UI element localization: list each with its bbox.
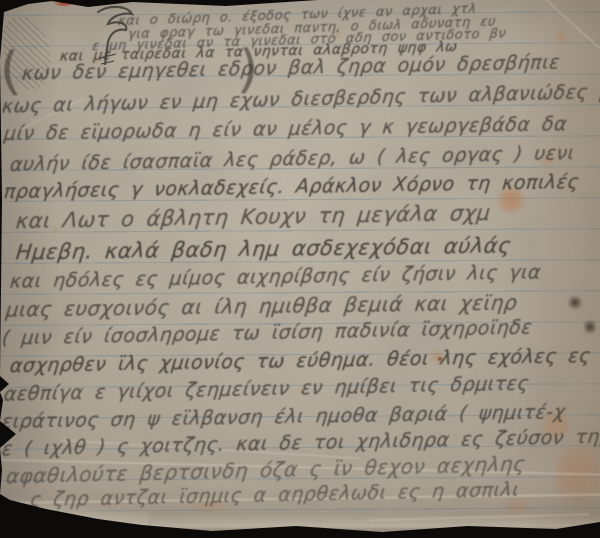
red-crayon-mark bbox=[72, 0, 85, 5]
ink-smudge bbox=[566, 296, 584, 309]
paper: και ο διώρη ο. έξοδος των ίχνε αν αρχαι … bbox=[0, 0, 600, 538]
rust-stain bbox=[554, 32, 568, 44]
torn-edge-highlight bbox=[150, 514, 600, 528]
manuscript-photo: { "doc": { "header_lines": [ "και ο διώρ… bbox=[0, 0, 600, 538]
ink-smudge bbox=[584, 318, 596, 336]
manuscript-scan: και ο διώρη ο. έξοδος των ίχνε αν αρχαι … bbox=[0, 0, 600, 538]
